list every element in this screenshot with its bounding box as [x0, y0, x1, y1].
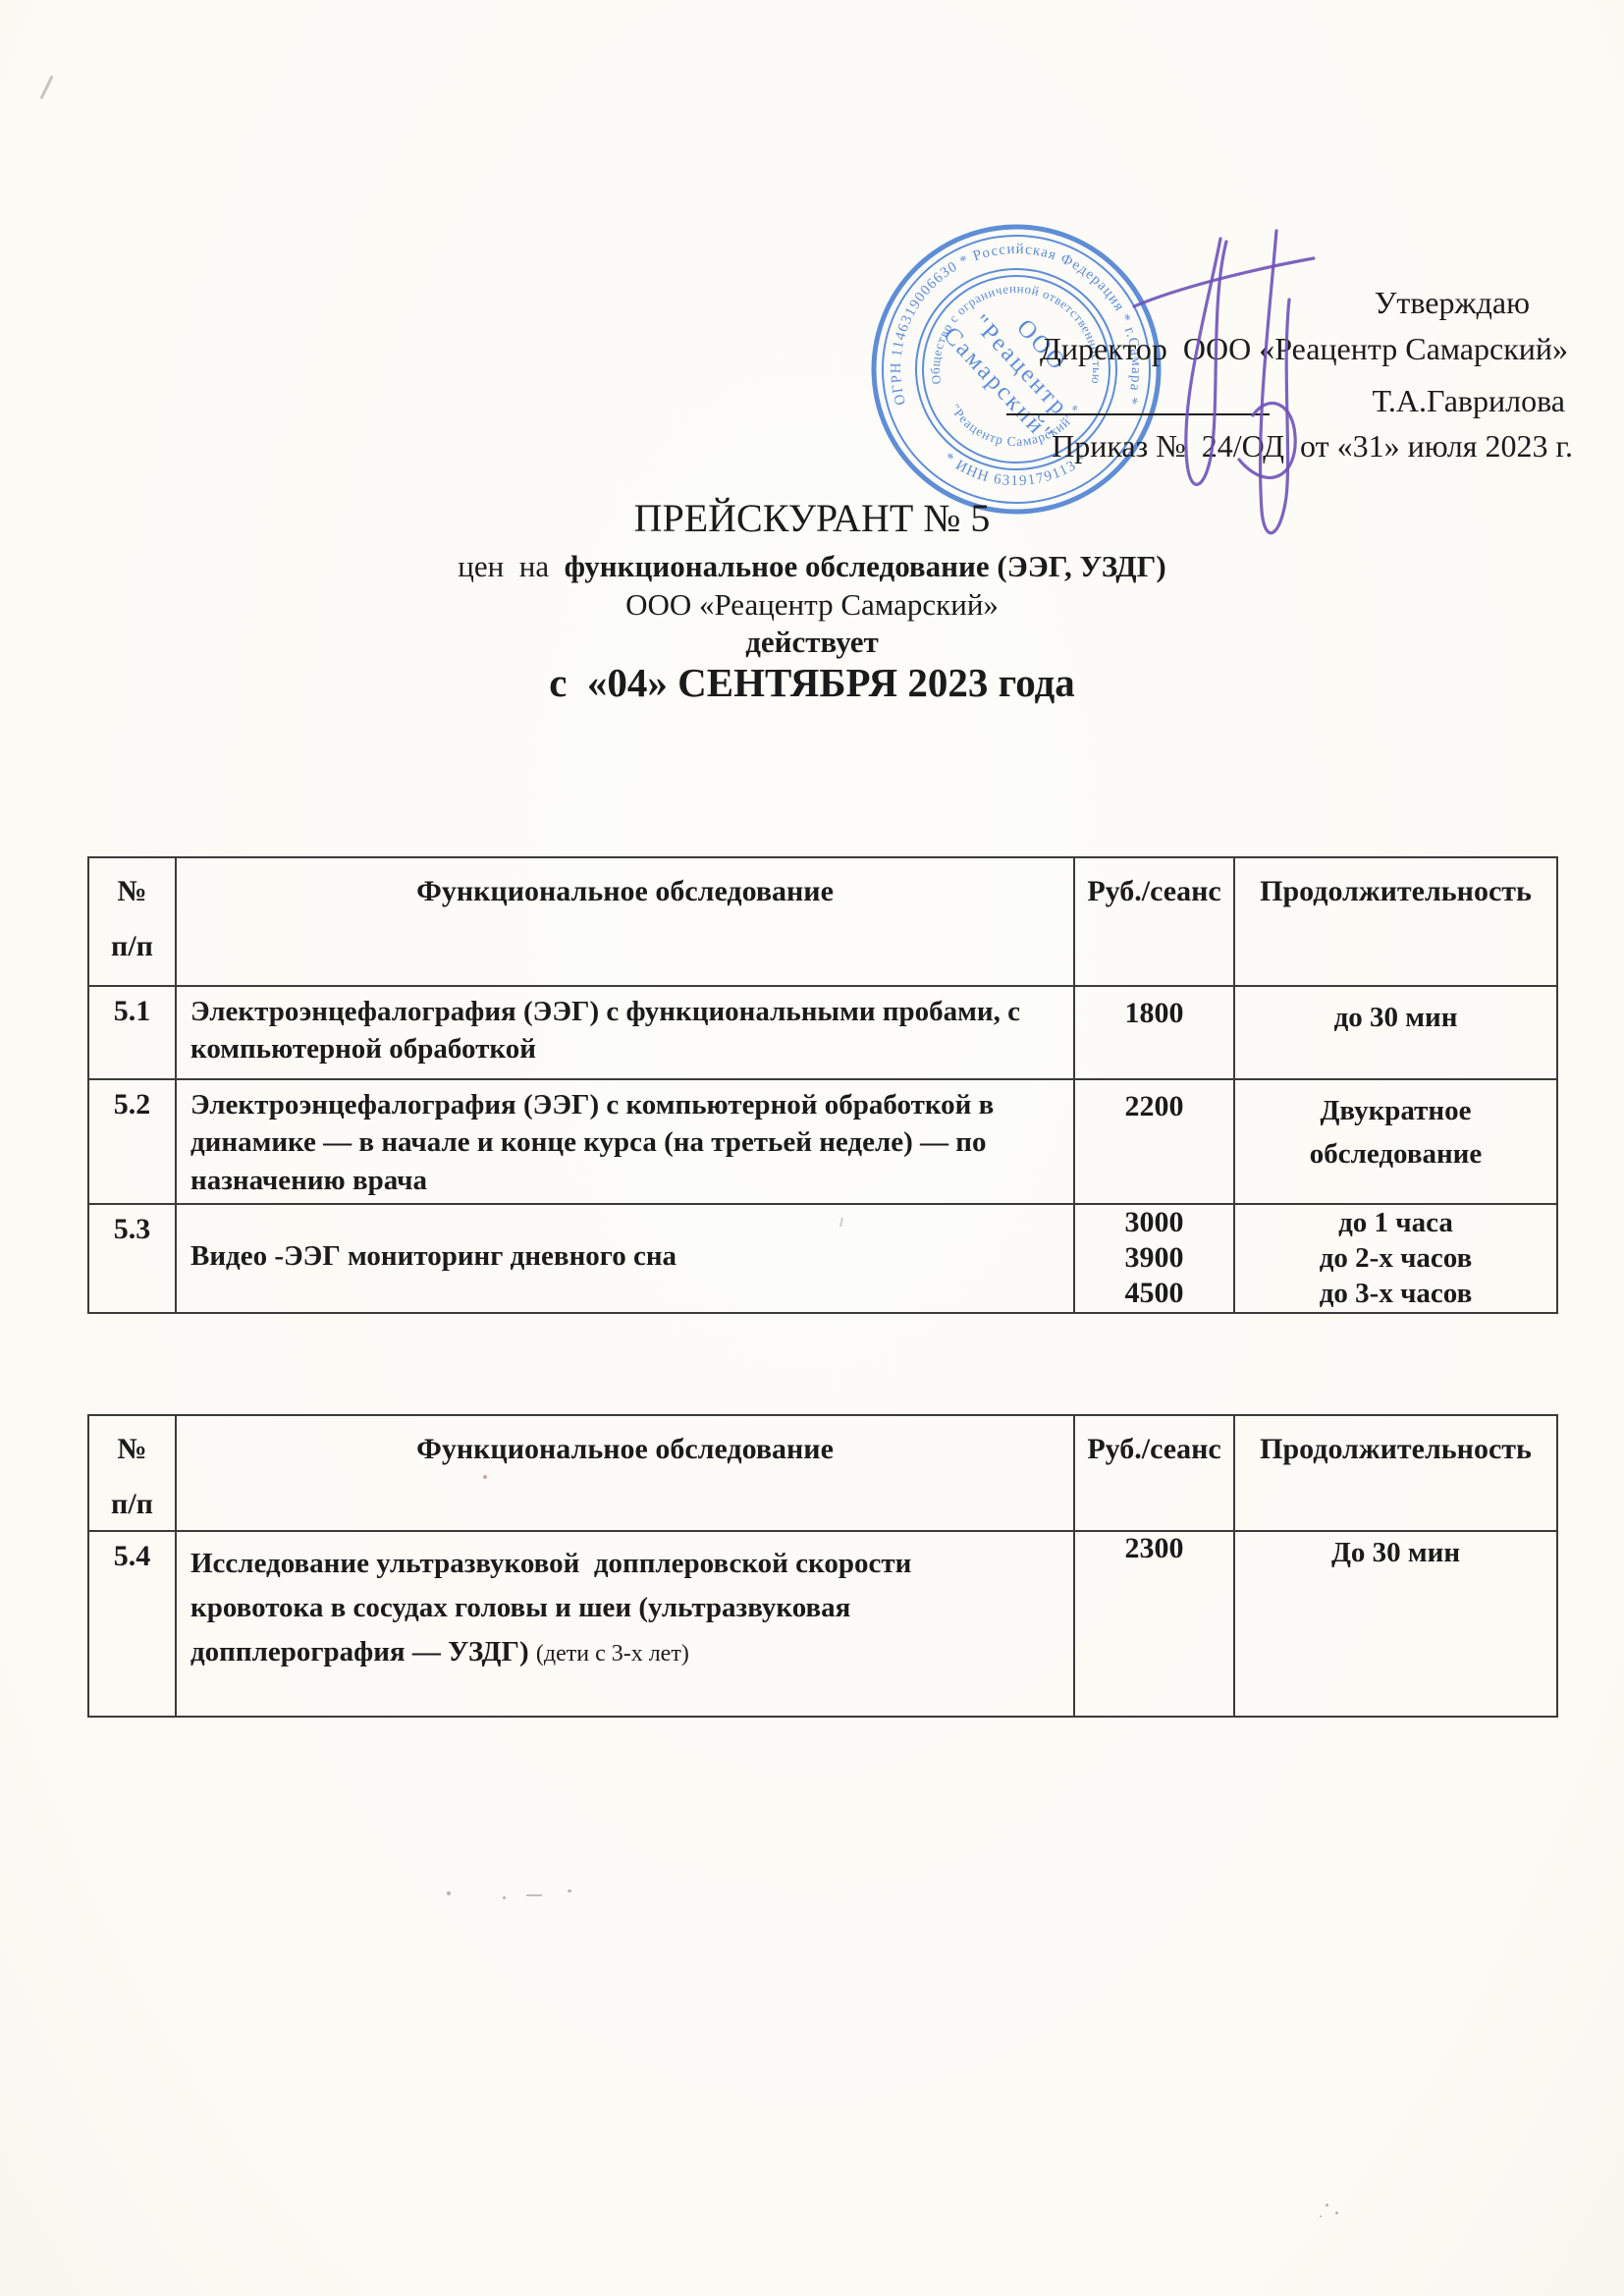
scan-artifact-dot [1320, 2215, 1322, 2217]
director-signature [1080, 211, 1365, 584]
header-duration: Продолжительность [1234, 1415, 1557, 1531]
valid-from-date: с «04» СЕНТЯБРЯ 2023 года [0, 659, 1624, 706]
scanned-price-list-page: ОГРН 1146319006630 * Российская Федераци… [0, 0, 1624, 2296]
cell-price: 1800 [1074, 986, 1234, 1079]
scan-artifact-dot [568, 1889, 571, 1892]
title-subtitle: цен на функциональное обследование (ЭЭГ,… [0, 549, 1624, 584]
cell-num: 5.2 [88, 1079, 176, 1204]
cell-duration: до 30 мин [1234, 986, 1557, 1079]
cell-price: 2200 [1074, 1079, 1234, 1204]
scan-artifact-dash [526, 1894, 542, 1896]
scan-artifact-dot [503, 1896, 506, 1899]
scan-artifact-dot [447, 1891, 451, 1895]
table-row: 5.2 Электроэнцефалография (ЭЭГ) с компью… [88, 1079, 1557, 1204]
table-row: 5.4 Исследование ультразвуковой допплеро… [88, 1531, 1557, 1717]
table-header-row: № п/п Функциональное обследование Руб./с… [88, 857, 1557, 986]
cell-service: Исследование ультразвуковой допплеровско… [176, 1531, 1074, 1717]
header-num: № п/п [88, 1415, 176, 1531]
scan-artifact-dot [1335, 2212, 1338, 2214]
price-table-eeg: № п/п Функциональное обследование Руб./с… [87, 856, 1558, 1314]
header-duration: Продолжительность [1234, 857, 1557, 986]
header-num: № п/п [88, 857, 176, 986]
cell-service: Электроэнцефалография (ЭЭГ) с функционал… [176, 986, 1074, 1079]
header-price: Руб./сеанс [1074, 857, 1234, 986]
cell-duration: Двукратное обследование [1234, 1079, 1557, 1204]
price-table-uzdg: № п/п Функциональное обследование Руб./с… [87, 1414, 1558, 1718]
cell-duration: до 1 часа до 2-х часов до 3-х часов [1234, 1204, 1557, 1313]
table-row: 5.3 Видео -ЭЭГ мониторинг дневного сна 3… [88, 1204, 1557, 1313]
scan-artifact-mark [39, 76, 53, 100]
cell-duration: До 30 мин [1234, 1531, 1557, 1717]
table-row: 5.1 Электроэнцефалография (ЭЭГ) с функци… [88, 986, 1557, 1079]
title-subtitle-bold: функциональное обследование (ЭЭГ, УЗДГ) [565, 549, 1166, 583]
scan-artifact-dot [1326, 2204, 1328, 2207]
cell-price: 2300 [1074, 1531, 1234, 1717]
cell-service: Электроэнцефалография (ЭЭГ) с компьютерн… [176, 1079, 1074, 1204]
cell-service: Видео -ЭЭГ мониторинг дневного сна [176, 1204, 1074, 1313]
service-line-with-note: допплерография — УЗДГ) (дети с 3-х лет) [190, 1630, 1061, 1674]
director-name: Т.А.Гаврилова [1373, 383, 1565, 419]
header-price: Руб./сеанс [1074, 1415, 1234, 1531]
approve-label: Утверждаю [1375, 285, 1551, 321]
cell-num: 5.1 [88, 986, 176, 1079]
header-service: Функциональное обследование [176, 857, 1074, 986]
title-subtitle-regular: цен на [458, 549, 564, 583]
cell-price: 3000 3900 4500 [1074, 1204, 1234, 1313]
table-header-row: № п/п Функциональное обследование Руб./с… [88, 1415, 1557, 1531]
company-name: ООО «Реацентр Самарский» [0, 587, 1624, 623]
valid-label: действует [0, 625, 1624, 660]
header-service: Функциональное обследование [176, 1415, 1074, 1531]
cell-num: 5.4 [88, 1531, 176, 1717]
cell-num: 5.3 [88, 1204, 176, 1313]
document-title: ПРЕЙСКУРАНТ № 5 [0, 495, 1624, 541]
age-note: (дети с 3-х лет) [536, 1641, 689, 1667]
